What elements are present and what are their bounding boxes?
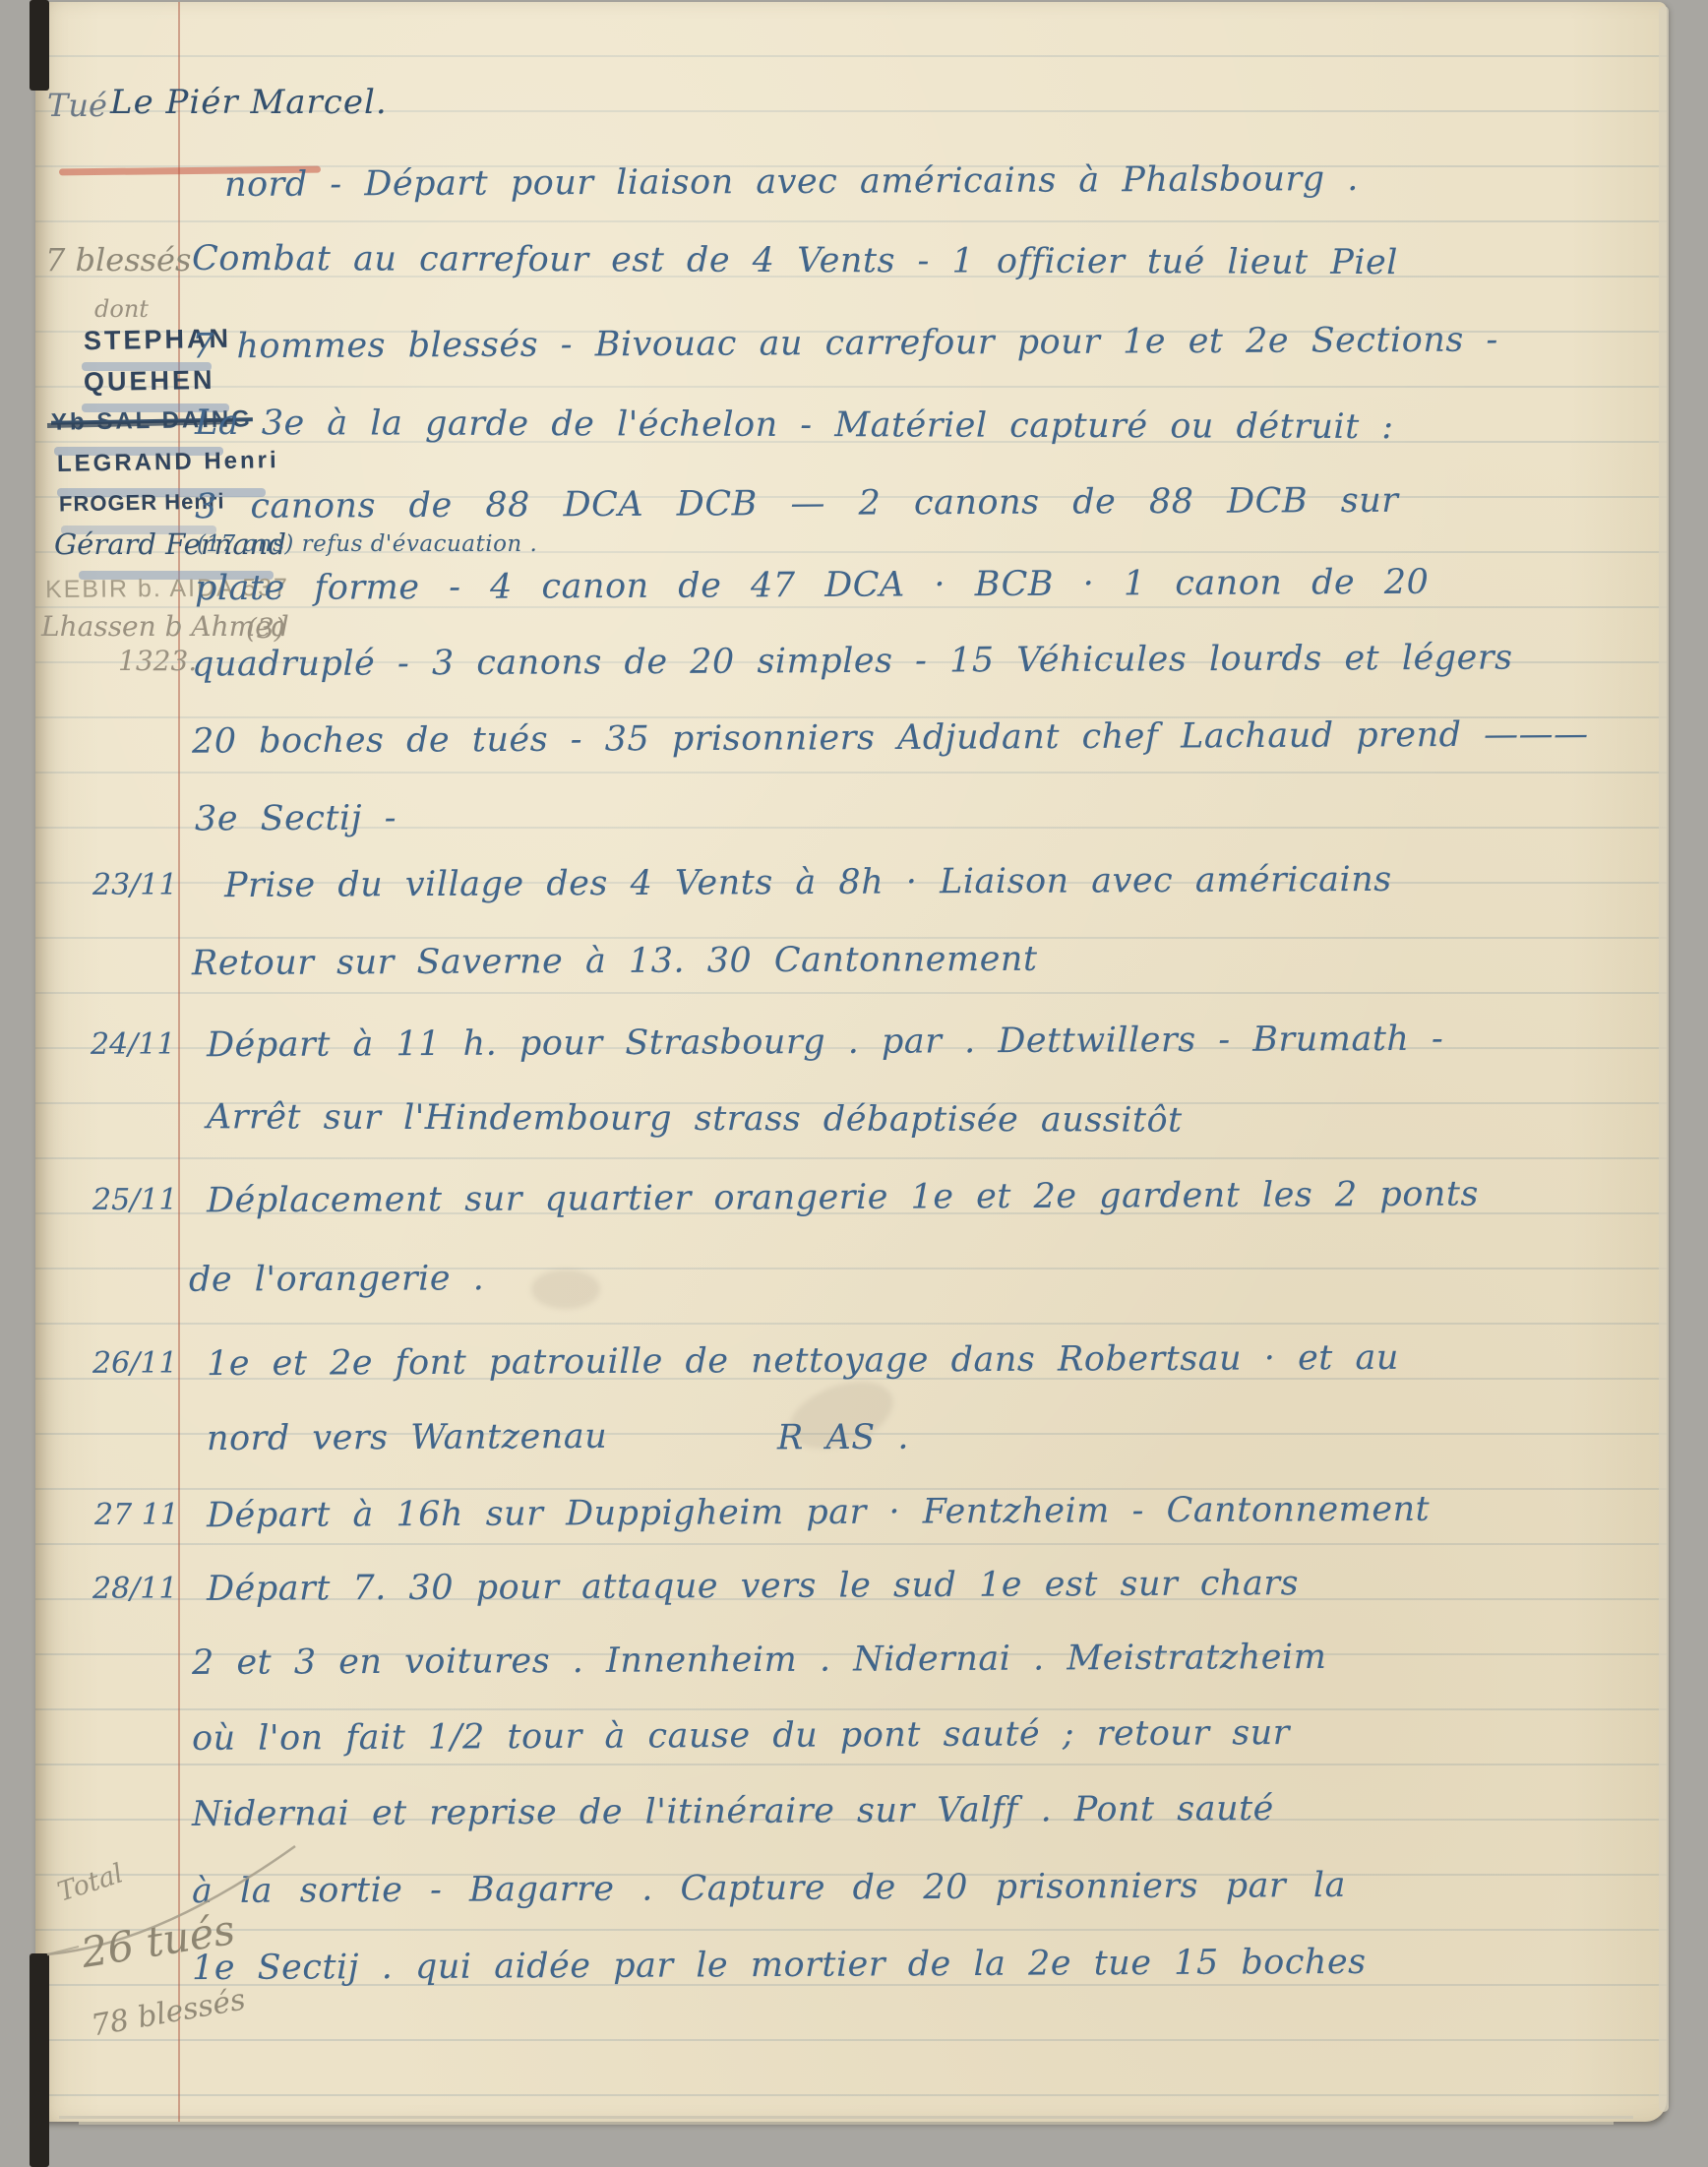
- margin-date: 24/11: [91, 1027, 175, 1062]
- diary-line: nord vers Wantzenau: [207, 1420, 607, 1456]
- margin-date: 27 11: [94, 1498, 179, 1532]
- diary-line: Prise du village des 4 Vents à 8h · Liai…: [224, 863, 1392, 903]
- margin-pencil-note: 1323.: [118, 645, 197, 677]
- margin-pencil-note: (3): [246, 612, 285, 645]
- margin-date: 25/11: [92, 1183, 177, 1217]
- diary-line: quadruplé - 3 canons de 20 simples - 15 …: [192, 641, 1513, 682]
- margin-date: 28/11: [92, 1572, 177, 1606]
- margin-date: 23/11: [92, 868, 177, 902]
- page-stack-edge: [79, 2122, 1614, 2125]
- binding-strip-bottom: [30, 1953, 49, 2167]
- diary-line: de l'orangerie .: [189, 1262, 484, 1298]
- margin-rule-line: [178, 2, 180, 2122]
- diary-line: 1e et 2e font patrouille de nettoyage da…: [207, 1341, 1399, 1382]
- diary-line: plate forme - 4 canon de 47 DCA · BCB · …: [195, 566, 1429, 607]
- diary-line: 1e Sectij . qui aidée par le mortier de …: [192, 1946, 1367, 1986]
- diary-line: Nidernai et reprise de l'itinéraire sur …: [192, 1792, 1274, 1832]
- diary-line: nord - Départ pour liaison avec américai…: [224, 162, 1359, 203]
- header-killed-note: Tué: [47, 87, 107, 124]
- diary-line: 7 hommes blessés - Bivouac au carrefour …: [192, 324, 1498, 365]
- diary-line: Combat au carrefour est de 4 Vents - 1 o…: [192, 242, 1398, 280]
- page-right-edge: [1659, 6, 1669, 2112]
- diary-line: à la sortie - Bagarre . Capture de 20 pr…: [192, 1869, 1346, 1909]
- margin-date: 26/11: [92, 1346, 177, 1381]
- diary-line: où l'on fait 1/2 tour à cause du pont sa…: [192, 1716, 1290, 1757]
- diary-line: Déplacement sur quartier orangerie 1e et…: [207, 1178, 1479, 1219]
- margin-wounded-qualifier: dont: [94, 295, 149, 323]
- notebook-scan: Tué Le Piér Marcel. 7 blessés dont STEPH…: [0, 0, 1708, 2167]
- diary-line: Départ 7. 30 pour attaque vers le sud 1e…: [207, 1567, 1299, 1607]
- casualty-name: LEGRAND Henri: [57, 447, 279, 478]
- diary-line: La 3e à la garde de l'échelon - Matériel…: [195, 406, 1394, 445]
- binding-strip-top: [30, 0, 49, 91]
- diary-line-small: (17 ans) refus d'évacuation .: [197, 531, 537, 557]
- diary-line: 3e Sectij -: [195, 801, 396, 836]
- diary-line: 2 et 3 en voitures . Innenheim . Niderna…: [192, 1641, 1327, 1681]
- page-stack-edge: [59, 2116, 1633, 2119]
- ink-smudge: [531, 1269, 600, 1309]
- diary-line: 20 boches de tués - 35 prisonniers Adjud…: [192, 717, 1589, 759]
- casualty-name: QUEHEN: [84, 365, 215, 398]
- header-name: Le Piér Marcel.: [110, 83, 388, 122]
- diary-line: Départ à 11 h. pour Strasbourg . par . D…: [207, 1022, 1444, 1064]
- diary-line: 3 canons de 88 DCA DCB — 2 canons de 88 …: [195, 484, 1399, 525]
- diary-line: Retour sur Saverne à 13. 30 Cantonnement: [192, 943, 1038, 981]
- diary-line-ras: R AS .: [777, 1421, 909, 1456]
- diary-line: Départ à 16h sur Duppigheim par · Fentzh…: [207, 1493, 1430, 1534]
- margin-wounded-count: 7 blessés: [45, 241, 191, 279]
- diary-line: Arrêt sur l'Hindembourg strass débaptisé…: [207, 1100, 1183, 1138]
